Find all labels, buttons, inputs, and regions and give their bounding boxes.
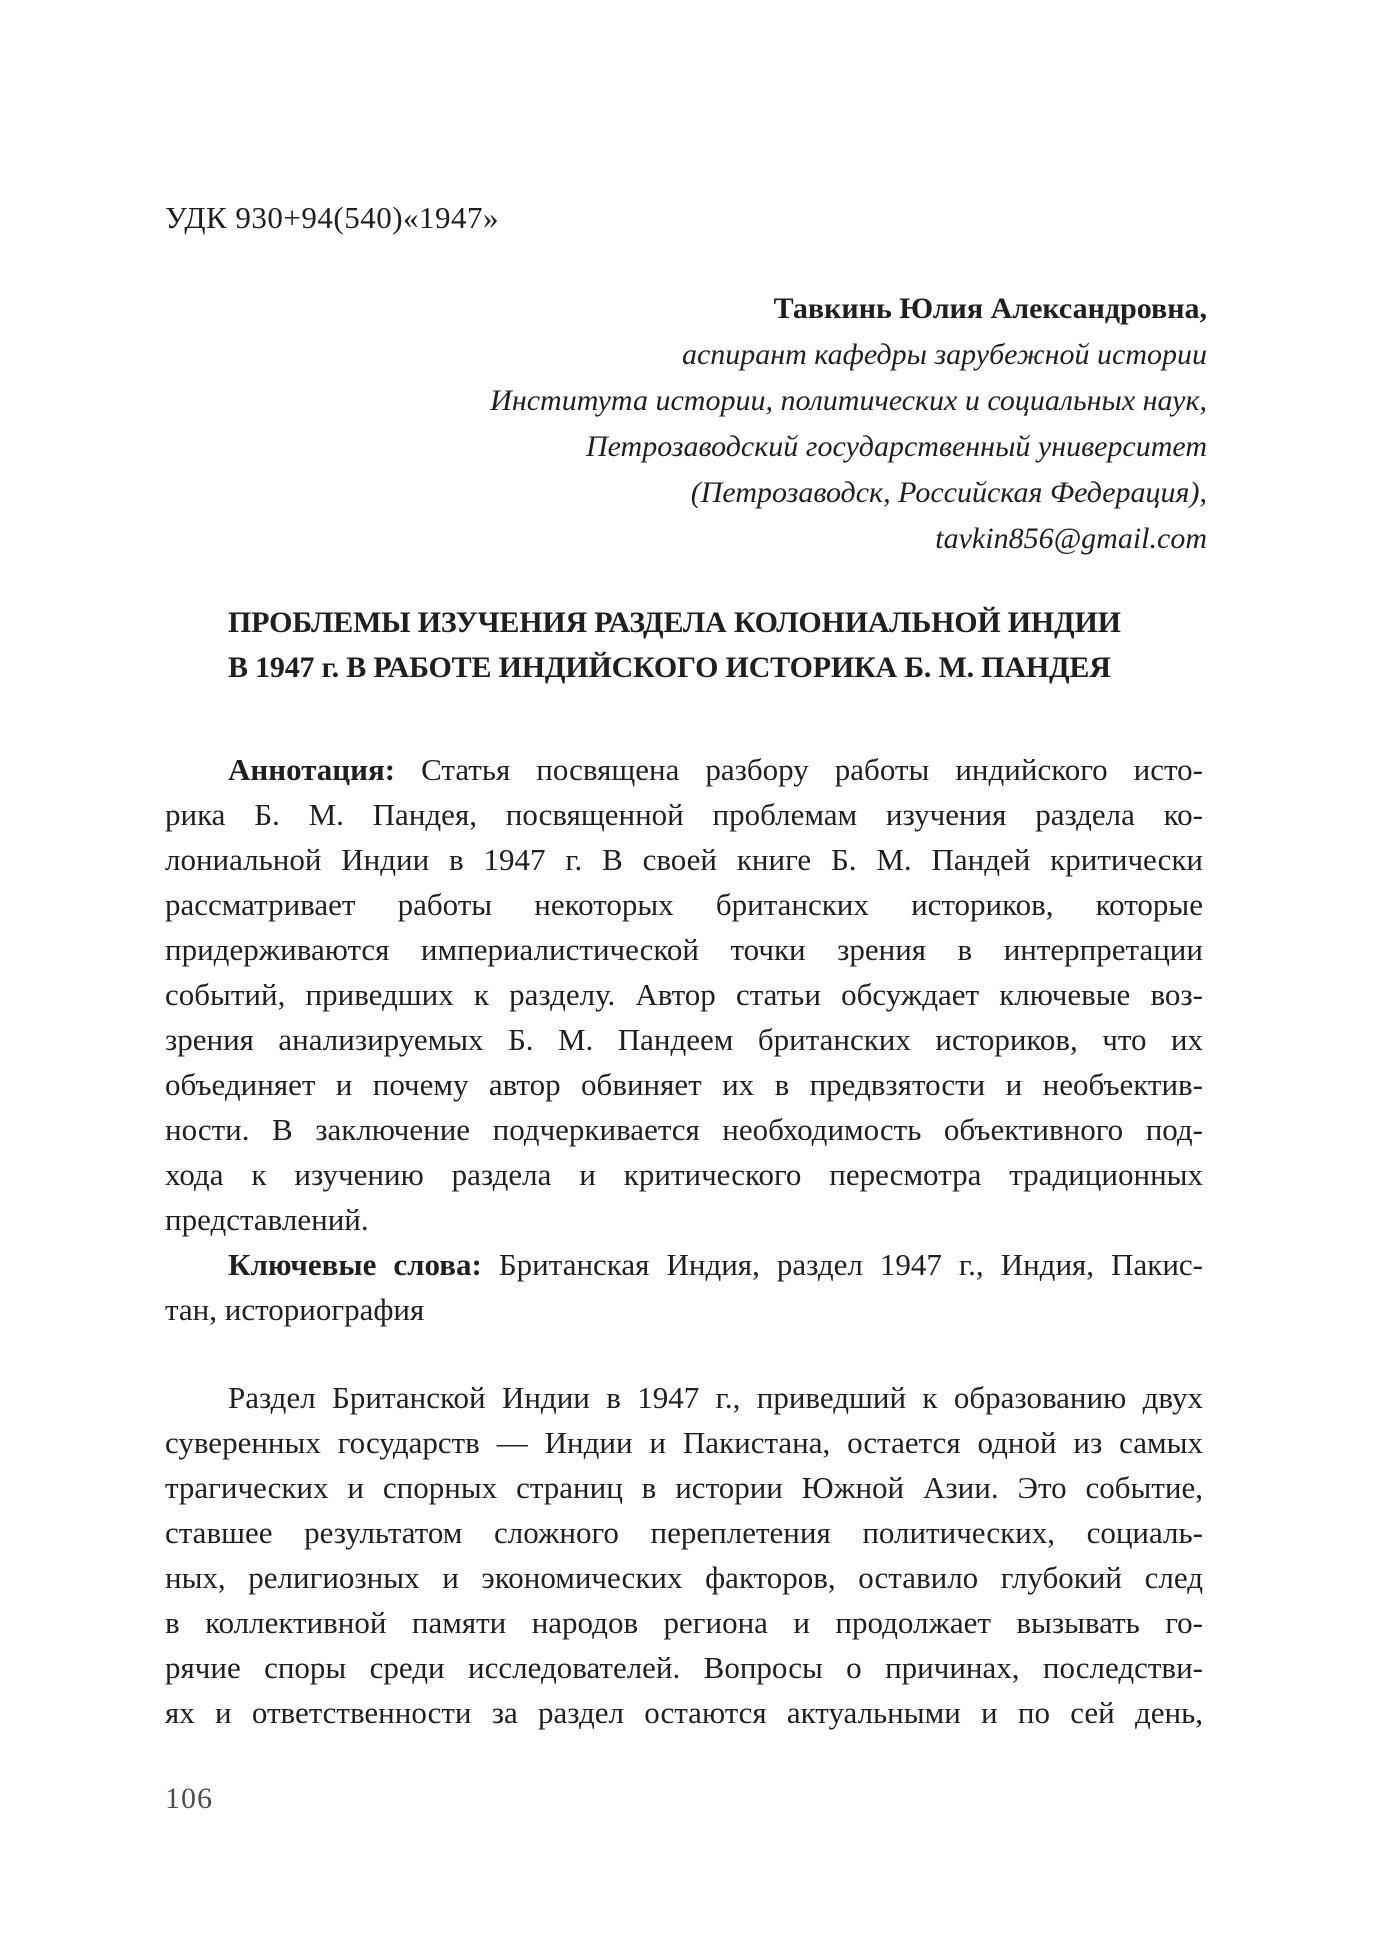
author-block: Тавкинь Юлия Александровна, аспирант каф… bbox=[207, 286, 1207, 562]
body-line: в коллективной памяти народов региона и … bbox=[165, 1600, 1203, 1645]
body-line: ставшее результатом сложного переплетени… bbox=[165, 1510, 1203, 1555]
article-page: УДК 930+94(540)«1947» Тавкинь Юлия Алекс… bbox=[0, 0, 1386, 1937]
abstract-line: представлений. bbox=[165, 1197, 1203, 1242]
author-affiliation-line: Института истории, политических и социал… bbox=[207, 378, 1207, 424]
author-name: Тавкинь Юлия Александровна, bbox=[207, 286, 1207, 332]
abstract-line: объединяет и почему автор обвиняет их в … bbox=[165, 1062, 1203, 1107]
keywords-line: тан, историография bbox=[165, 1287, 1203, 1332]
abstract-line: Аннотация: Статья посвящена разбору рабо… bbox=[165, 747, 1203, 792]
article-title-line: ПРОБЛЕМЫ ИЗУЧЕНИЯ РАЗДЕЛА КОЛОНИАЛЬНОЙ И… bbox=[228, 600, 1208, 645]
abstract-line: лониальной Индии в 1947 г. В своей книге… bbox=[165, 837, 1203, 882]
body-paragraph: Раздел Британской Индии в 1947 г., приве… bbox=[165, 1375, 1203, 1735]
author-email: tavkin856@gmail.com bbox=[207, 516, 1207, 562]
author-affiliation-line: Петрозаводский государственный университ… bbox=[207, 424, 1207, 470]
abstract-line: зрения анализируемых Б. М. Пандеем брита… bbox=[165, 1017, 1203, 1062]
article-title-line: В 1947 г. В РАБОТЕ ИНДИЙСКОГО ИСТОРИКА Б… bbox=[228, 645, 1208, 690]
keywords-label: Ключевые слова: bbox=[228, 1247, 482, 1282]
author-affiliation-line: аспирант кафедры зарубежной истории bbox=[207, 332, 1207, 378]
body-line: суверенных государств — Индии и Пакистан… bbox=[165, 1420, 1203, 1465]
body-line: Раздел Британской Индии в 1947 г., приве… bbox=[165, 1375, 1203, 1420]
udc-code: УДК 930+94(540)«1947» bbox=[165, 195, 499, 240]
abstract-line: хода к изучению раздела и критического п… bbox=[165, 1152, 1203, 1197]
keywords-paragraph: Ключевые слова: Британская Индия, раздел… bbox=[165, 1242, 1203, 1332]
abstract-line: рассматривает работы некоторых британски… bbox=[165, 882, 1203, 927]
article-title: ПРОБЛЕМЫ ИЗУЧЕНИЯ РАЗДЕЛА КОЛОНИАЛЬНОЙ И… bbox=[228, 600, 1208, 690]
body-line: ях и ответственности за раздел остаются … bbox=[165, 1690, 1203, 1735]
abstract-line: придерживаются империалистической точки … bbox=[165, 927, 1203, 972]
body-line: рячие споры среди исследователей. Вопрос… bbox=[165, 1645, 1203, 1690]
abstract-line: рика Б. М. Пандея, посвященной проблемам… bbox=[165, 792, 1203, 837]
abstract-line: событий, приведших к разделу. Автор стат… bbox=[165, 972, 1203, 1017]
abstract-label: Аннотация: bbox=[228, 752, 395, 787]
keywords-line: Ключевые слова: Британская Индия, раздел… bbox=[165, 1242, 1203, 1287]
body-line: трагических и спорных страниц в истории … bbox=[165, 1465, 1203, 1510]
abstract-text: Статья посвящена разбору работы индийско… bbox=[395, 752, 1203, 787]
author-affiliation-line: (Петрозаводск, Российская Федерация), bbox=[207, 470, 1207, 516]
abstract-line: ности. В заключение подчеркивается необх… bbox=[165, 1107, 1203, 1152]
body-line: ных, религиозных и экономических факторо… bbox=[165, 1555, 1203, 1600]
page-number: 106 bbox=[165, 1782, 213, 1816]
keywords-text: Британская Индия, раздел 1947 г., Индия,… bbox=[482, 1247, 1203, 1282]
abstract-paragraph: Аннотация: Статья посвящена разбору рабо… bbox=[165, 747, 1203, 1242]
